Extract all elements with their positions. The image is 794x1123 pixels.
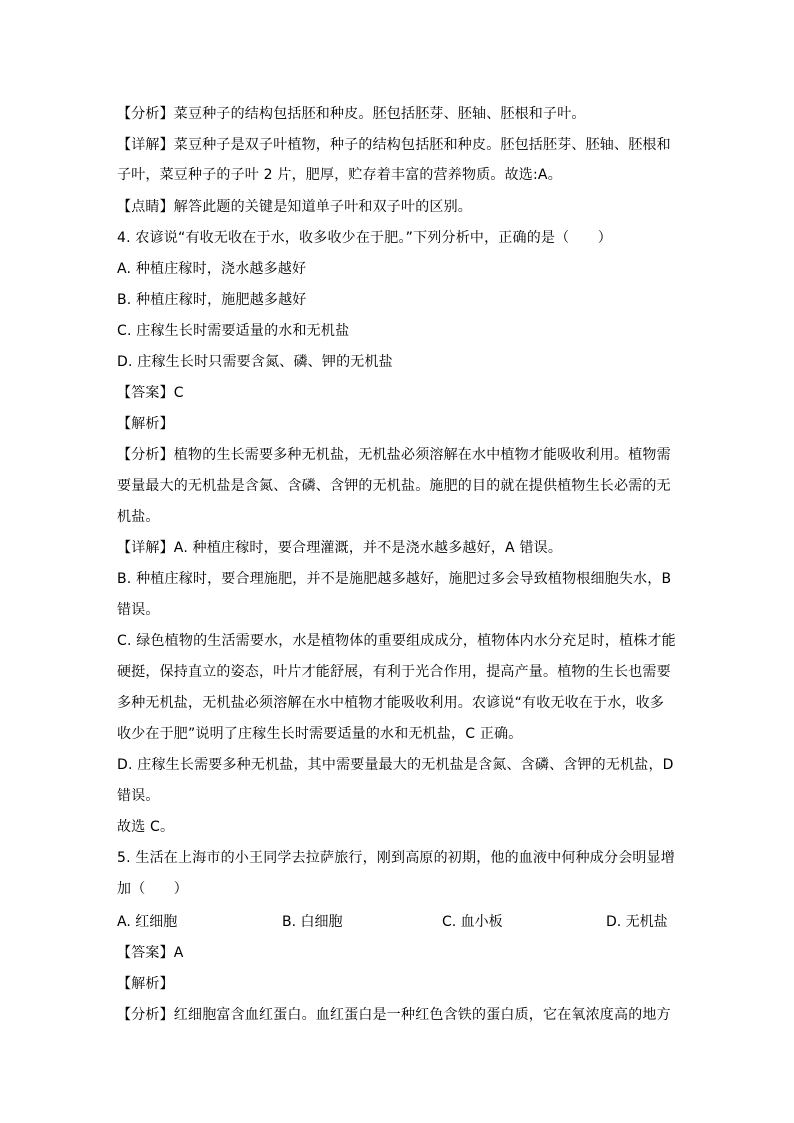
question-5-option-b: B. 白细胞 bbox=[282, 912, 343, 932]
question-5-option-c: C. 血小板 bbox=[442, 912, 503, 932]
explanation-line: 硬挺，保持直立的姿态，叶片才能舒展，有利于光合作用，提高产量。植物的生长也需要 bbox=[117, 662, 671, 682]
question-4-option-d: D. 庄稼生长时只需要含氮、磷、钾的无机盐 bbox=[117, 352, 393, 372]
analysis-line: 【分析】红细胞富含血红蛋白。血红蛋白是一种红色含铁的蛋白质，它在氧浓度高的地方 bbox=[117, 1005, 671, 1025]
question-5-options: A. 红细胞 B. 白细胞 C. 血小板 D. 无机盐 bbox=[117, 912, 673, 932]
analysis-line: 【分析】菜豆种子的结构包括胚和种皮。胚包括胚芽、胚轴、胚根和子叶。 bbox=[117, 104, 586, 124]
question-4-option-c: C. 庄稼生长时需要适量的水和无机盐 bbox=[117, 321, 349, 341]
question-5-stem: 5. 生活在上海市的小王同学去拉萨旅行，刚到高原的初期，他的血液中何种成分会明显… bbox=[117, 848, 675, 868]
explanation-line: 错误。 bbox=[117, 600, 160, 620]
explanation-line: D. 庄稼生长需要多种无机盐，其中需要量最大的无机盐是含氮、含磷、含钾的无机盐，… bbox=[117, 755, 674, 775]
answer-line: 【答案】A bbox=[117, 943, 184, 963]
analysis-line: 【分析】植物的生长需要多种无机盐，无机盐必须溶解在水中植物才能吸收利用。植物需 bbox=[117, 445, 671, 465]
explanation-line: 错误。 bbox=[117, 786, 160, 806]
analysis-line: 机盐。 bbox=[117, 507, 160, 527]
question-4-option-b: B. 种植庄稼时，施肥越多越好 bbox=[117, 290, 307, 310]
analysis-line: 要量最大的无机盐是含氮、含磷、含钾的无机盐。施肥的目的就在提供植物生长必需的无 bbox=[117, 476, 671, 496]
explanation-line: 【详解】菜豆种子是双子叶植物，种子的结构包括胚和种皮。胚包括胚芽、胚轴、胚根和 bbox=[117, 135, 671, 155]
explanation-line: 多种无机盐，无机盐必须溶解在水中植物才能吸收利用。农谚说“有收无收在于水，收多 bbox=[117, 693, 664, 713]
solution-heading: 【解析】 bbox=[117, 974, 174, 994]
conclusion-line: 故选 C。 bbox=[117, 817, 174, 837]
question-5-option-a: A. 红细胞 bbox=[117, 912, 177, 932]
tip-line: 【点睛】解答此题的关键是知道单子叶和双子叶的区别。 bbox=[117, 197, 472, 217]
explanation-line: B. 种植庄稼时，要合理施肥，并不是施肥越多越好，施肥过多会导致植物根细胞失水，… bbox=[117, 569, 671, 589]
explanation-line: 【详解】A. 种植庄稼时，要合理灌溉，并不是浇水越多越好，A 错误。 bbox=[117, 538, 562, 558]
question-4-stem: 4. 农谚说“有收无收在于水，收多收少在于肥。”下列分析中，正确的是（ ） bbox=[117, 228, 612, 248]
question-5-option-d: D. 无机盐 bbox=[606, 912, 668, 932]
explanation-line: 收少在于肥”说明了庄稼生长时需要适量的水和无机盐，C 正确。 bbox=[117, 724, 522, 744]
question-5-stem: 加（ ） bbox=[117, 879, 188, 899]
solution-heading: 【解析】 bbox=[117, 414, 174, 434]
answer-line: 【答案】C bbox=[117, 383, 184, 403]
question-4-option-a: A. 种植庄稼时，浇水越多越好 bbox=[117, 259, 306, 279]
explanation-line: 子叶，菜豆种子的子叶 2 片，肥厚，贮存着丰富的营养物质。故选:A。 bbox=[117, 165, 562, 185]
explanation-line: C. 绿色植物的生活需要水，水是植物体的重要组成成分，植物体内水分充足时，植株才… bbox=[117, 631, 676, 651]
